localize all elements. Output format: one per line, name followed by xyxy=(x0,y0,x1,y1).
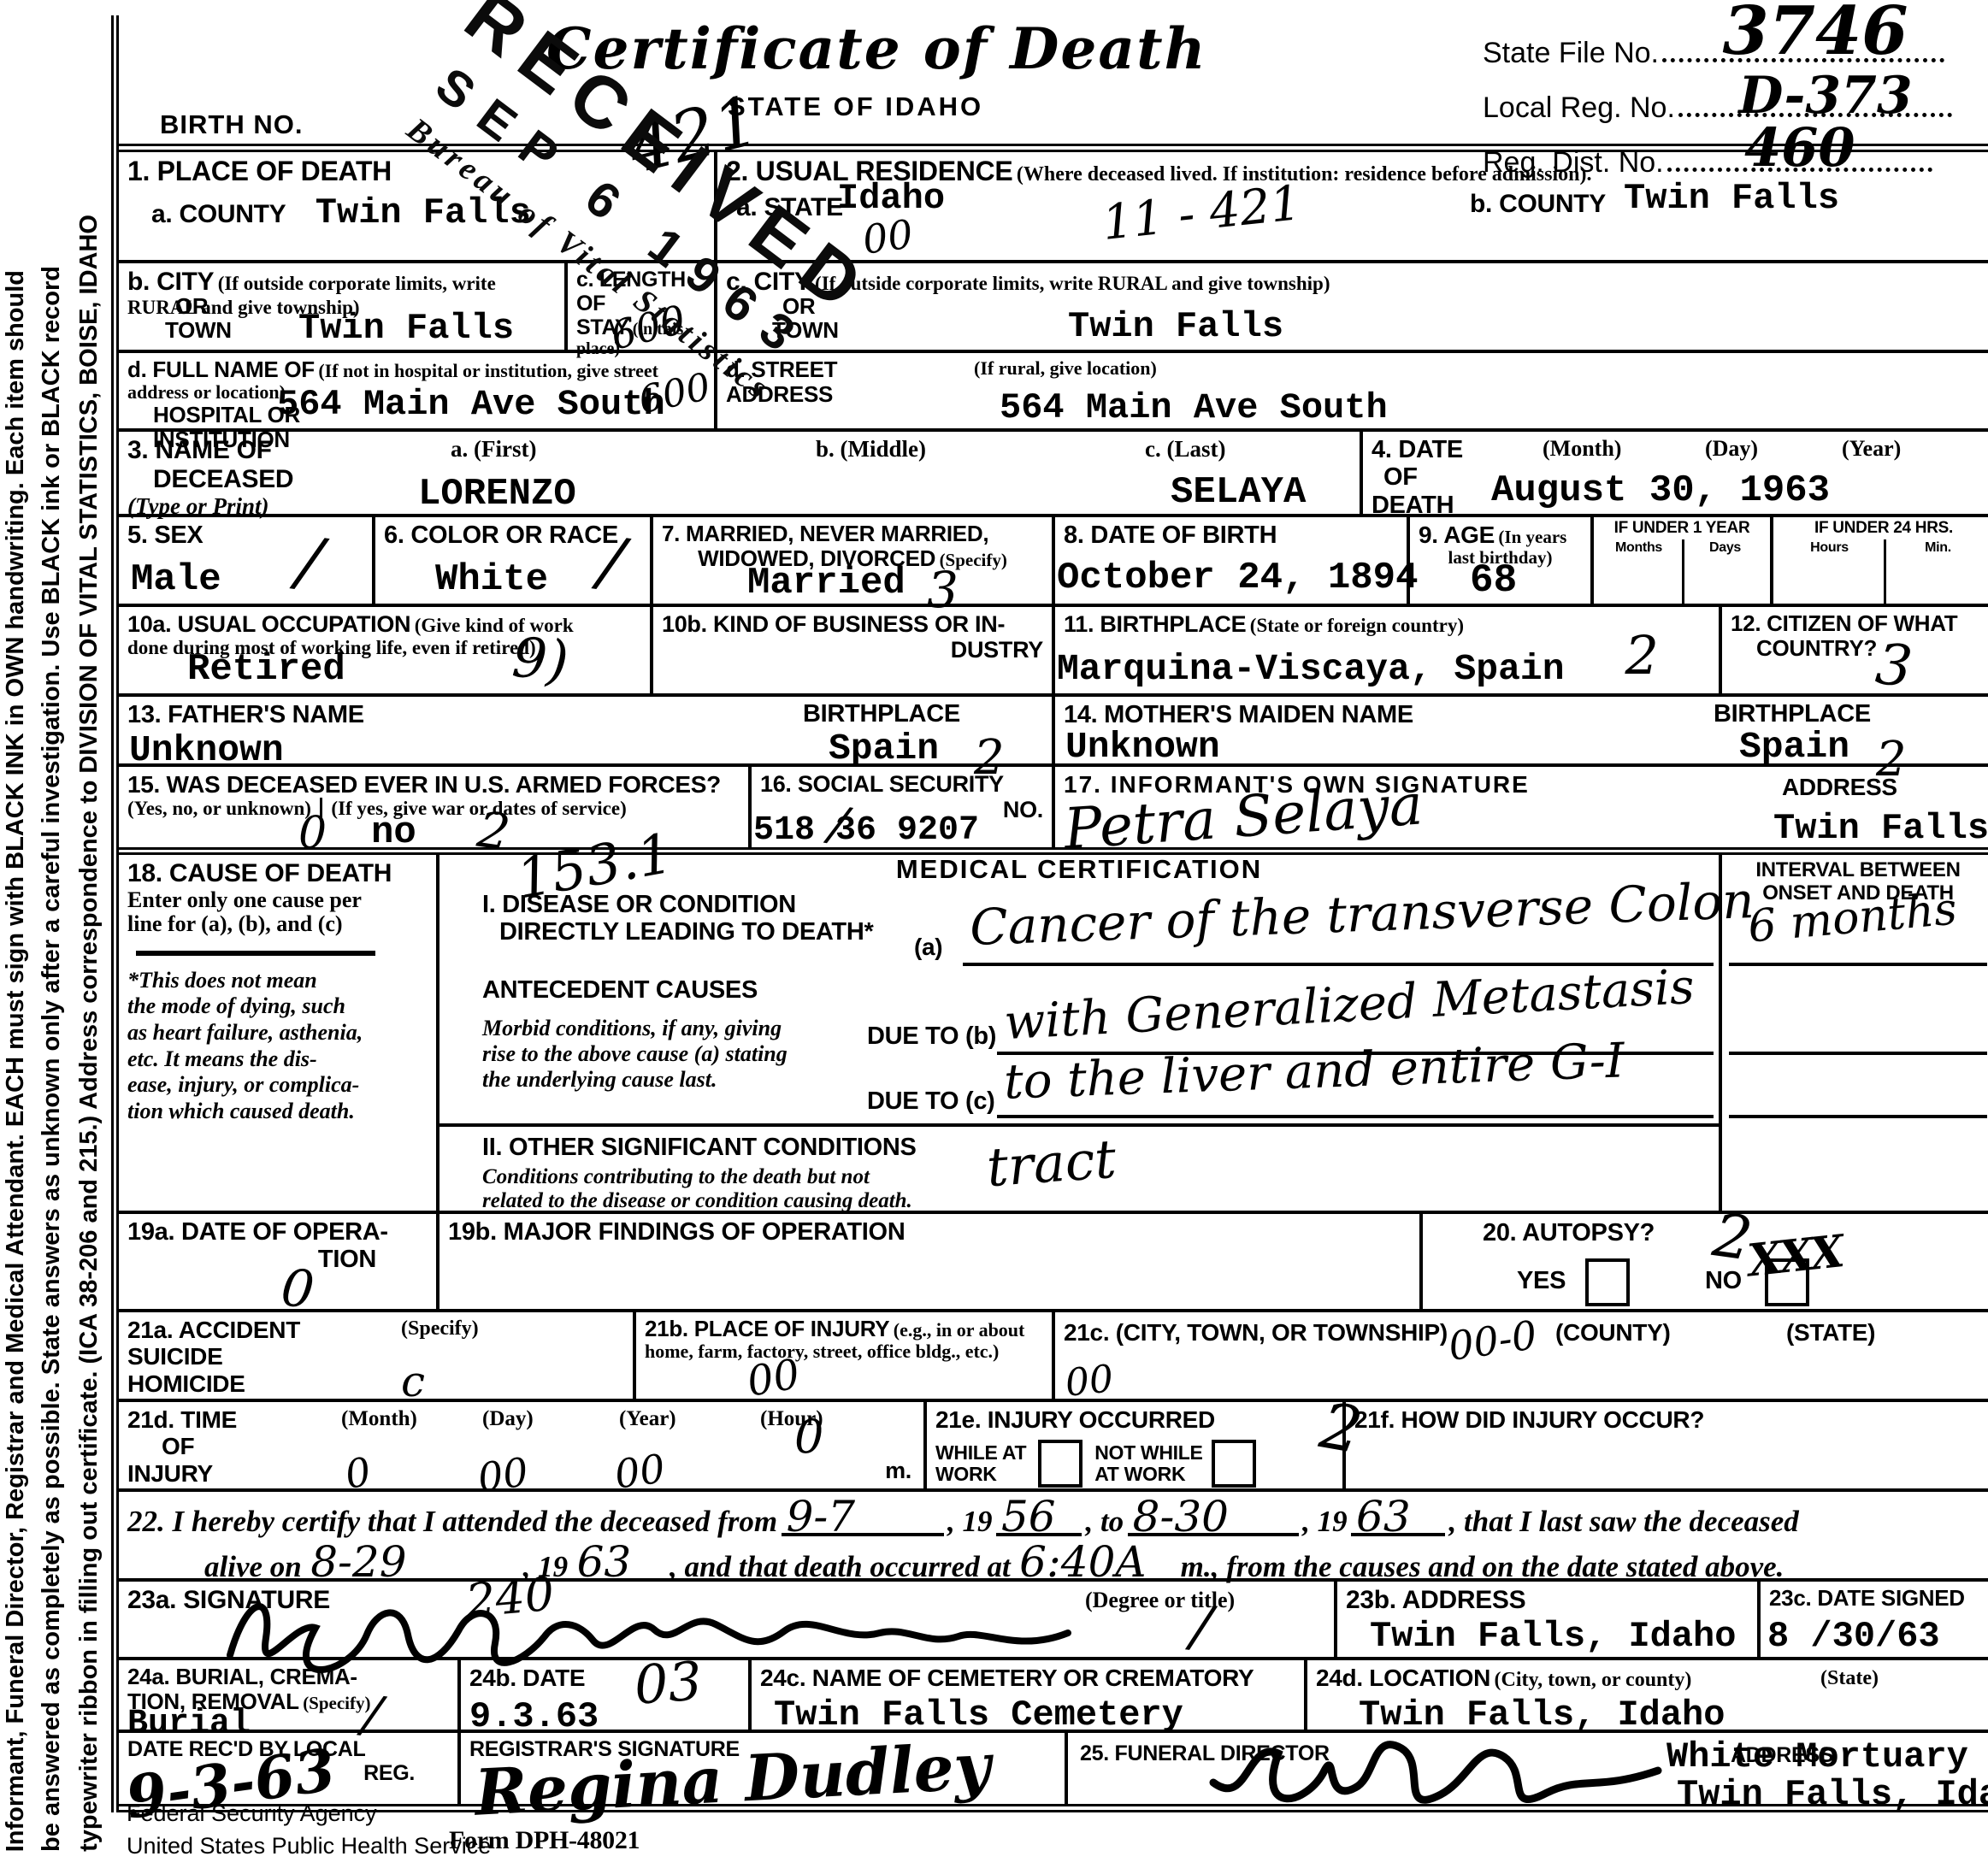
field-cemetery-location: 24d. LOCATION (City, town, or county) (S… xyxy=(1307,1660,1988,1730)
marital-value: Married xyxy=(747,562,906,604)
certify-to-line: 8-30 xyxy=(1128,1502,1299,1536)
disease-label-2: DIRECTLY LEADING TO DEATH* xyxy=(499,918,873,946)
field-injury-occurred: 21e. INJURY OCCURRED WHILE ATWORK NOT WH… xyxy=(927,1402,1346,1488)
cause-expl-2: the mode of dying, such xyxy=(127,993,428,1020)
row-registrar: DATE REC'D BY LOCAL REG. 9-3-63 REGISTRA… xyxy=(119,1733,1988,1812)
usual-residence-note: (Where deceased lived. If institution: r… xyxy=(1017,163,1592,186)
field-operation-findings: 19b. MAJOR FINDINGS OF OPERATION xyxy=(439,1214,1423,1309)
certify-text-8: , and that death occurred at xyxy=(670,1550,1011,1583)
other-conditions-value: tract xyxy=(985,1133,1118,1194)
certify-to-year: 63 xyxy=(1356,1495,1411,1538)
birthplace-scribble: 2 xyxy=(1625,629,1659,682)
field-occupation: 10a. USUAL OCCUPATION (Give kind of work… xyxy=(119,607,653,693)
injury-place-note-1: (e.g., in or about xyxy=(894,1319,1025,1341)
morbid-note-2: rise to the above cause (a) stating xyxy=(482,1041,788,1068)
while-at-work-checkbox xyxy=(1038,1440,1082,1488)
field-marital-status: 7. MARRIED, NEVER MARRIED, WIDOWED, DIVO… xyxy=(653,517,1055,604)
row-demographics: 5. SEX Male / 6. COLOR OR RACE White / 7… xyxy=(119,517,1988,607)
interval-label-1: INTERVAL BETWEEN xyxy=(1731,859,1985,882)
injury-place-label: 21b. PLACE OF INJURY xyxy=(645,1316,889,1341)
field-medical-certification: MEDICAL CERTIFICATION 153.1 I. DISEASE O… xyxy=(439,855,1722,1211)
physician-code-scribble: 240 xyxy=(464,1571,556,1625)
autopsy-no-label: NO xyxy=(1705,1267,1742,1294)
state-file-value: 3746 xyxy=(1722,0,1908,65)
field-burial-type: 24a. BURIAL, CREMA- TION, REMOVAL (Speci… xyxy=(119,1660,461,1730)
field-death-city: b. CITY (If outside corporate limits, wr… xyxy=(119,263,568,350)
margin-instruction-1: Informant, Funeral Director, Registrar a… xyxy=(2,270,30,1852)
funeral-director-signature xyxy=(1196,1723,1675,1821)
dob-label: 8. DATE OF BIRTH xyxy=(1064,522,1398,549)
field-date-of-operation: 19a. DATE OF OPERA- TION 0 xyxy=(119,1214,439,1309)
under-24h-divider xyxy=(1884,539,1886,604)
dod-month-label: (Month) xyxy=(1543,437,1621,462)
cemetery-value: Twin Falls Cemetery xyxy=(774,1694,1183,1736)
location-note: (City, town, or county) xyxy=(1495,1669,1692,1691)
certificate-form: Certificate of Death STATE OF IDAHO BIRT… xyxy=(111,15,1988,1812)
informant-address-value: Twin Falls, Idaho xyxy=(1773,808,1988,849)
dod-day-label: (Day) xyxy=(1705,437,1758,462)
other-conditions-note-2: related to the disease or condition caus… xyxy=(482,1188,912,1214)
field-funeral-director: 25. FUNERAL DIRECTOR ADDRESS White Mortu… xyxy=(1068,1733,1988,1804)
field-injury-city: 21c. (CITY, TOWN, OR TOWNSHIP) 00-0 (COU… xyxy=(1055,1312,1988,1399)
cause-a-tag: (a) xyxy=(914,934,942,960)
location-state-note: (State) xyxy=(1820,1667,1879,1689)
residence-county-label: b. COUNTY xyxy=(1470,190,1606,219)
dod-year-label: (Year) xyxy=(1842,437,1901,462)
funeral-address-1: White Mortuary xyxy=(1666,1736,1968,1777)
operation-findings-label: 19b. MAJOR FINDINGS OF OPERATION xyxy=(448,1218,1411,1246)
field-registrar-signature: REGISTRAR'S SIGNATURE Regina Dudley xyxy=(461,1733,1068,1804)
row-cause-of-death: 18. CAUSE OF DEATH Enter only one cause … xyxy=(119,855,1988,1214)
field-hospital: d. FULL NAME OF (If not in hospital or i… xyxy=(119,353,717,428)
burial-date-value: 9.3.63 xyxy=(469,1696,599,1737)
field-time-of-injury: 21d. TIME OF INJURY (Month) (Day) (Year)… xyxy=(119,1402,927,1488)
residence-code-scribble: 11 - 421 xyxy=(1100,180,1303,248)
field-citizen: 12. CITIZEN OF WHAT COUNTRY? 3 xyxy=(1722,607,1988,693)
local-reg-line: D-373 xyxy=(1678,79,1952,117)
interval-line-c xyxy=(1729,1086,1987,1118)
footer-service: United States Public Health Service xyxy=(127,1833,491,1859)
armed-forces-value: no xyxy=(371,811,416,854)
field-how-injury-occurred: 21f. HOW DID INJURY OCCUR? xyxy=(1346,1402,1988,1488)
certify-alive-value: 8-29 xyxy=(310,1541,406,1583)
citizen-label-2: COUNTRY? xyxy=(1756,636,1985,661)
injury-occurred-label: 21e. INJURY OCCURRED xyxy=(935,1406,1334,1433)
occupation-label: 10a. USUAL OCCUPATION xyxy=(127,611,410,637)
field-age-under-1yr: IF UNDER 1 YEAR Months Days xyxy=(1594,517,1773,604)
row-parents: 13. FATHER'S NAME BIRTHPLACE Unknown Spa… xyxy=(119,697,1988,767)
certify-from-year-line: 56 xyxy=(996,1502,1082,1536)
autopsy-no-mark: XXX xyxy=(1746,1229,1843,1283)
due-to-c-label: DUE TO (c) xyxy=(867,1087,995,1115)
last-name-label: c. (Last) xyxy=(1145,437,1225,463)
field-business: 10b. KIND OF BUSINESS OR IN- DUSTRY xyxy=(653,607,1055,693)
date-signed-value: 8 /30/63 xyxy=(1767,1616,1940,1657)
certify-hour-line: 6:40A xyxy=(1014,1547,1177,1582)
field-physician-address: 23b. ADDRESS Twin Falls, Idaho xyxy=(1337,1582,1761,1657)
cause-expl-3: as heart failure, asthenia, xyxy=(127,1020,428,1046)
birthplace-value: Marquina-Viscaya, Spain xyxy=(1057,648,1565,690)
certify-alive-year-line: 63 xyxy=(572,1547,666,1582)
accident-scribble: c xyxy=(401,1360,425,1403)
certify-text-3: , to xyxy=(1085,1505,1124,1538)
injury-day-label: (Day) xyxy=(482,1407,534,1431)
mother-birthplace-label: BIRTHPLACE xyxy=(1714,700,1871,728)
death-certificate-scan: Informant, Funeral Director, Registrar a… xyxy=(0,0,1988,1874)
certify-to-value: 8-30 xyxy=(1133,1495,1229,1538)
business-label-2: DUSTRY xyxy=(662,637,1043,663)
certify-text-2: , 19 xyxy=(947,1505,993,1538)
antecedent-label: ANTECEDENT CAUSES xyxy=(482,976,758,1004)
morbid-note-3: the underlying cause last. xyxy=(482,1067,717,1093)
field-race: 6. COLOR OR RACE White / xyxy=(375,517,653,604)
cause-expl-6: tion which caused death. xyxy=(127,1099,428,1125)
other-conditions-label: II. OTHER SIGNIFICANT CONDITIONS xyxy=(482,1134,917,1161)
certify-text-6: alive on xyxy=(204,1550,302,1583)
injury-year-label: (Year) xyxy=(619,1407,676,1431)
other-conditions-note-1: Conditions contributing to the death but… xyxy=(482,1164,870,1190)
interval-line-b xyxy=(1729,1022,1987,1055)
death-city-label: b. CITY xyxy=(127,268,214,296)
under-1yr-divider xyxy=(1682,539,1684,604)
first-name-value: LORENZO xyxy=(418,473,576,516)
document-title: Certificate of Death xyxy=(546,21,1207,77)
row-burial: 24a. BURIAL, CREMA- TION, REMOVAL (Speci… xyxy=(119,1660,1988,1733)
burial-label-1: 24a. BURIAL, CREMA- xyxy=(127,1665,449,1689)
not-while-at-work-checkbox xyxy=(1212,1440,1256,1488)
field-date-signed: 23c. DATE SIGNED 8 /30/63 xyxy=(1761,1582,1988,1657)
age-note-1: (In years xyxy=(1498,527,1566,547)
under-24h-min-label: Min. xyxy=(1884,540,1988,556)
row-occupation: 10a. USUAL OCCUPATION (Give kind of work… xyxy=(119,607,1988,697)
row-physician: 23a. SIGNATURE (Degree or title) / 23b. … xyxy=(119,1582,1988,1660)
field-place-of-injury: 21b. PLACE OF INJURY (e.g., in or about … xyxy=(636,1312,1055,1399)
dod-value: August 30, 1963 xyxy=(1491,469,1830,512)
while-at-work-2: WORK xyxy=(935,1463,997,1485)
field-age: 9. AGE (In years last birthday) 68 xyxy=(1410,517,1594,604)
not-while-at-work-label: NOT WHILEAT WORK xyxy=(1094,1442,1202,1487)
not-while-at-work-2: AT WORK xyxy=(1094,1463,1185,1485)
cause-expl-4: etc. It means the dis- xyxy=(127,1046,428,1073)
row-institution: d. FULL NAME OF (If not in hospital or i… xyxy=(119,353,1988,432)
field-ssn: 16. SOCIAL SECURITY NO. 518 36 9207 / xyxy=(752,767,1055,847)
accident-specify-note: (Specify) xyxy=(401,1317,479,1340)
armed-forces-scribble-2: 2 xyxy=(475,804,513,858)
margin-instruction-2: be answered as completely as possible. S… xyxy=(38,266,66,1852)
field-cemetery-name: 24c. NAME OF CEMETERY OR CREMATORY Twin … xyxy=(752,1660,1307,1730)
section-ii-divider xyxy=(439,1123,1719,1127)
under-1yr-days-label: Days xyxy=(1682,540,1768,556)
field-cause-of-death-notes: 18. CAUSE OF DEATH Enter only one cause … xyxy=(119,855,439,1211)
birthplace-note: (State or foreign country) xyxy=(1250,615,1464,636)
certify-alive-year: 63 xyxy=(577,1541,632,1583)
field-father: 13. FATHER'S NAME BIRTHPLACE Unknown Spa… xyxy=(119,697,1055,763)
father-birthplace-label: BIRTHPLACE xyxy=(803,700,960,728)
injury-am-pm-label: m. xyxy=(885,1458,911,1483)
due-to-b-label: DUE TO (b) xyxy=(867,1022,996,1050)
cause-divider xyxy=(136,951,375,956)
certify-text-1: 22. I hereby certify that I attended the… xyxy=(127,1505,777,1538)
operation-date-label-1: 19a. DATE OF OPERA- xyxy=(127,1218,428,1246)
under-1yr-label: IF UNDER 1 YEAR xyxy=(1596,519,1768,537)
margin-instruction-3: typewriter ribbon in filling out certifi… xyxy=(75,215,103,1852)
autopsy-label: 20. AUTOPSY? xyxy=(1483,1219,1655,1246)
accident-label-1: 21a. ACCIDENT xyxy=(127,1317,624,1343)
field-sex: 5. SEX Male / xyxy=(119,517,375,604)
injury-place-note-2: home, farm, factory, street, office bldg… xyxy=(645,1341,1043,1362)
residence-city-value: Twin Falls xyxy=(1068,306,1283,347)
street-value: 564 Main Ave South xyxy=(1000,387,1388,428)
row-injury-1: 21a. ACCIDENT SUICIDE HOMICIDE (Specify)… xyxy=(119,1312,1988,1402)
injury-month-label: (Month) xyxy=(341,1407,417,1431)
field-residence-city: c. CITY (If outside corporate limits, wr… xyxy=(717,263,1988,350)
not-while-at-work-1: NOT WHILE xyxy=(1094,1441,1202,1464)
ssn-value: 518 36 9207 xyxy=(753,811,979,850)
injury-county-label: (COUNTY) xyxy=(1555,1319,1670,1346)
certify-from-line: 9-7 xyxy=(782,1502,944,1536)
how-injury-label: 21f. HOW DID INJURY OCCUR? xyxy=(1354,1406,1985,1433)
business-label-1: 10b. KIND OF BUSINESS OR IN- xyxy=(662,611,1043,637)
race-value: White xyxy=(435,558,548,601)
certify-text-5: , that I last saw the deceased xyxy=(1449,1505,1799,1538)
death-city-town: TOWN xyxy=(165,318,232,343)
row-name-dod: 3. NAME OF DECEASED (Type or Print) a. (… xyxy=(119,432,1988,517)
certify-from-year: 56 xyxy=(1001,1495,1056,1538)
certify-text-4: , 19 xyxy=(1302,1505,1348,1538)
under-24h-hours-label: Hours xyxy=(1775,540,1884,556)
funeral-address-2: Twin Falls, Idaho xyxy=(1677,1774,1988,1815)
cause-note-1: Enter only one cause per xyxy=(127,888,428,913)
under-24h-label: IF UNDER 24 HRS. xyxy=(1775,519,1988,537)
row-place-residence: 1. PLACE OF DEATH a. COUNTY Twin Falls 2… xyxy=(119,152,1988,263)
informant-address-label: ADDRESS xyxy=(1782,774,1897,800)
burial-code-scribble: 03 xyxy=(633,1654,704,1712)
while-at-work-label: WHILE ATWORK xyxy=(935,1442,1026,1487)
birth-no-label: BIRTH NO. xyxy=(160,110,303,140)
cause-expl-5: ease, injury, or complica- xyxy=(127,1072,428,1099)
injury-state-label: (STATE) xyxy=(1786,1319,1875,1346)
injury-place-scribble: 00 xyxy=(744,1353,802,1403)
middle-name-label: b. (Middle) xyxy=(816,437,926,463)
marital-label-1: 7. MARRIED, NEVER MARRIED, xyxy=(662,522,1043,546)
citizen-scribble: 3 xyxy=(1873,636,1915,696)
field-street-address: d. STREET ADDRESS (If rural, give locati… xyxy=(717,353,1988,428)
field-date-of-birth: 8. DATE OF BIRTH October 24, 1894 xyxy=(1055,517,1410,604)
disease-label-1: I. DISEASE OR CONDITION xyxy=(482,891,796,918)
row-certify: 22. I hereby certify that I attended the… xyxy=(119,1492,1988,1582)
armed-forces-note-2: (If yes, give war or dates of service) xyxy=(320,798,626,819)
row-armed-forces: 15. WAS DECEASED EVER IN U.S. ARMED FORC… xyxy=(119,767,1988,855)
last-name-value: SELAYA xyxy=(1171,471,1306,514)
field-informant: 17. INFORMANT'S OWN SIGNATURE ADDRESS Pe… xyxy=(1055,767,1988,847)
mother-birthplace-value: Spain xyxy=(1739,726,1849,768)
cemetery-label: 24c. NAME OF CEMETERY OR CREMATORY xyxy=(760,1665,1295,1691)
father-value: Unknown xyxy=(129,729,284,771)
state-file-line: 3746 xyxy=(1662,21,1944,62)
field-accident-suicide: 21a. ACCIDENT SUICIDE HOMICIDE (Specify)… xyxy=(119,1312,636,1399)
accident-label-2: SUICIDE xyxy=(127,1343,624,1370)
local-reg-value: D-373 xyxy=(1738,70,1912,121)
date-signed-label: 23c. DATE SIGNED xyxy=(1769,1586,1985,1611)
first-name-label: a. (First) xyxy=(451,437,536,463)
armed-forces-scribble-1: 0 xyxy=(298,811,327,856)
cause-title: 18. CAUSE OF DEATH xyxy=(127,859,428,888)
interval-line-a xyxy=(1729,934,1987,966)
physician-address-value: Twin Falls, Idaho xyxy=(1370,1616,1736,1657)
field-mother: 14. MOTHER'S MAIDEN NAME BIRTHPLACE Unkn… xyxy=(1055,697,1988,763)
residence-county-value: Twin Falls xyxy=(1624,178,1839,219)
field-interval: INTERVAL BETWEEN ONSET AND DEATH 6 month… xyxy=(1722,855,1988,1211)
injury-city-label: 21c. (CITY, TOWN, OR TOWNSHIP) xyxy=(1064,1319,1448,1346)
dob-value: October 24, 1894 xyxy=(1057,557,1418,599)
local-reg-label: Local Reg. No. xyxy=(1483,91,1675,124)
state-file-label: State File No. xyxy=(1483,37,1659,69)
birthplace-label: 11. BIRTHPLACE xyxy=(1064,611,1246,637)
hospital-value: 564 Main Ave South xyxy=(277,384,665,425)
cause-note-2: line for (a), (b), and (c) xyxy=(127,912,428,937)
age-value: 68 xyxy=(1470,558,1517,603)
location-label: 24d. LOCATION xyxy=(1316,1665,1490,1691)
injury-city-scribble: 00-0 xyxy=(1446,1315,1539,1366)
field-date-received: DATE REC'D BY LOCAL REG. 9-3-63 xyxy=(119,1733,461,1804)
field-date-of-death: 4. DATE OF DEATH (Month) (Day) (Year) Au… xyxy=(1363,432,1988,514)
accident-label-3: HOMICIDE xyxy=(127,1370,624,1397)
document-subtitle: STATE OF IDAHO xyxy=(728,92,983,122)
injury-day-scribble: 00 xyxy=(475,1452,530,1498)
death-city-value: Twin Falls xyxy=(298,308,514,349)
field-autopsy: 20. AUTOPSY? 2 YES NO XXX xyxy=(1423,1214,1988,1309)
morbid-note-1: Morbid conditions, if any, giving xyxy=(482,1016,782,1042)
injury-year-scribble: 00 xyxy=(612,1448,667,1494)
field-burial-date: 24b. DATE 9.3.63 xyxy=(461,1660,752,1730)
operation-date-scribble: 0 xyxy=(279,1262,316,1317)
death-city-or: OR xyxy=(175,294,208,319)
injury-city-scribble-2: 00 xyxy=(1064,1360,1115,1403)
row-injury-2: 21d. TIME OF INJURY (Month) (Day) (Year)… xyxy=(119,1402,1988,1492)
ssn-label-1: 16. SOCIAL SECURITY xyxy=(760,771,1043,797)
while-at-work-1: WHILE AT xyxy=(935,1441,1026,1464)
hospital-label-1: d. FULL NAME OF xyxy=(127,357,315,382)
mother-value: Unknown xyxy=(1065,726,1220,768)
county-label: a. COUNTY xyxy=(151,200,286,228)
occupation-scribble: 9) xyxy=(510,631,570,689)
armed-forces-note-1: (Yes, no, or unknown) xyxy=(127,798,311,819)
row-city: b. CITY (If outside corporate limits, wr… xyxy=(119,263,1988,353)
field-certify-statement: 22. I hereby certify that I attended the… xyxy=(119,1492,1988,1578)
occupation-value: Retired xyxy=(187,648,345,691)
sex-value: Male xyxy=(131,558,221,601)
father-birthplace-value: Spain xyxy=(829,728,939,769)
burial-specify-note: (Specify) xyxy=(303,1693,370,1713)
field-physician-signature: 23a. SIGNATURE (Degree or title) / xyxy=(119,1582,1337,1657)
field-name-of-deceased: 3. NAME OF DECEASED (Type or Print) a. (… xyxy=(119,432,1363,514)
age-label: 9. AGE xyxy=(1419,522,1495,548)
citizen-label-1: 12. CITIZEN OF WHAT xyxy=(1731,611,1985,636)
operation-date-label-2: TION xyxy=(127,1246,376,1273)
row-operation: 19a. DATE OF OPERA- TION 0 19b. MAJOR FI… xyxy=(119,1214,1988,1312)
certify-to-year-line: 63 xyxy=(1351,1502,1445,1536)
armed-forces-label: 15. WAS DECEASED EVER IN U.S. ARMED FORC… xyxy=(127,771,740,798)
field-usual-residence: 2. USUAL RESIDENCE (Where deceased lived… xyxy=(717,152,1988,260)
field-birthplace: 11. BIRTHPLACE (State or foreign country… xyxy=(1055,607,1722,693)
sex-label: 5. SEX xyxy=(127,522,363,549)
injury-hour-scribble: 0 xyxy=(794,1414,823,1460)
certify-hour-value: 6:40A xyxy=(1019,1541,1146,1583)
field-age-under-24h: IF UNDER 24 HRS. Hours Min. xyxy=(1773,517,1988,604)
certify-from-value: 9-7 xyxy=(787,1495,856,1538)
footer-form-number: Form DPH-48021 xyxy=(449,1826,640,1855)
cause-expl-1: *This does not mean xyxy=(127,968,428,994)
residence-city-note: (If outside corporate limits, write RURA… xyxy=(815,273,1330,294)
street-note: (If rural, give location) xyxy=(974,358,1157,379)
footer-agency: Federal Security Agency xyxy=(127,1800,377,1827)
physician-address-label: 23b. ADDRESS xyxy=(1346,1586,1749,1615)
autopsy-yes-checkbox xyxy=(1585,1258,1630,1306)
under-1yr-months-label: Months xyxy=(1596,540,1682,556)
autopsy-yes-label: YES xyxy=(1517,1267,1566,1294)
certify-text-9: m., from the causes and on the date stat… xyxy=(1181,1550,1784,1583)
